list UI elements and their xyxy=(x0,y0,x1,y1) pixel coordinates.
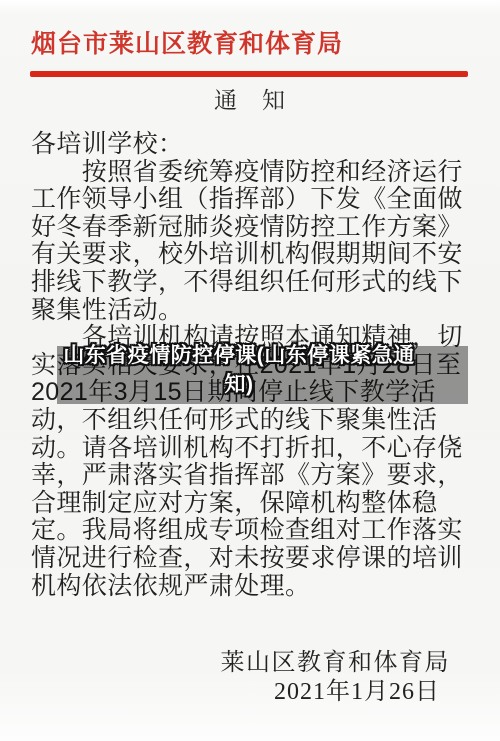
body-line: 排线下教学，不得组织任何形式的线下 xyxy=(31,269,476,297)
body-line: 幸，严肃落实省指挥部《方案》要求， xyxy=(31,462,476,490)
watermark-title: 山东省疫情防控停课(山东停课紧急通知) xyxy=(56,341,422,399)
body-line: 机构依法依规严肃处理。 xyxy=(31,573,476,601)
signature-date: 2021年1月26日 xyxy=(274,671,440,706)
body-line: 好冬春季新冠肺炎疫情防控工作方案》 xyxy=(31,214,476,242)
body-line: 合理制定应对方案，保障机构整体稳 xyxy=(31,490,476,518)
body-line: 定。我局将组成专项检查组对工作落实 xyxy=(31,517,476,545)
body-line: 有关要求，校外培训机构假期期间不安 xyxy=(31,241,476,269)
red-divider xyxy=(30,71,468,77)
notice-heading: 通 知 xyxy=(0,82,500,115)
body-line: 动。请各培训机构不打折扣，不心存侥 xyxy=(31,435,476,463)
body-line: 工作领导小组（指挥部）下发《全面做 xyxy=(31,186,476,214)
body-line: 按照省委统筹疫情防控和经济运行 xyxy=(31,159,476,187)
body-line: 各培训学校： xyxy=(31,131,476,159)
body-line: 情况进行检查，对未按要求停课的培训 xyxy=(31,545,476,573)
body-line: 聚集性活动。 xyxy=(31,297,476,325)
notice-document-photo: 烟台市莱山区教育和体育局 通 知 各培训学校： 按照省委统筹疫情防控和经济运行 … xyxy=(0,0,500,741)
body-line: 动，不组织任何形式的线下聚集性活 xyxy=(31,407,476,435)
agency-title: 烟台市莱山区教育和体育局 xyxy=(31,24,343,60)
